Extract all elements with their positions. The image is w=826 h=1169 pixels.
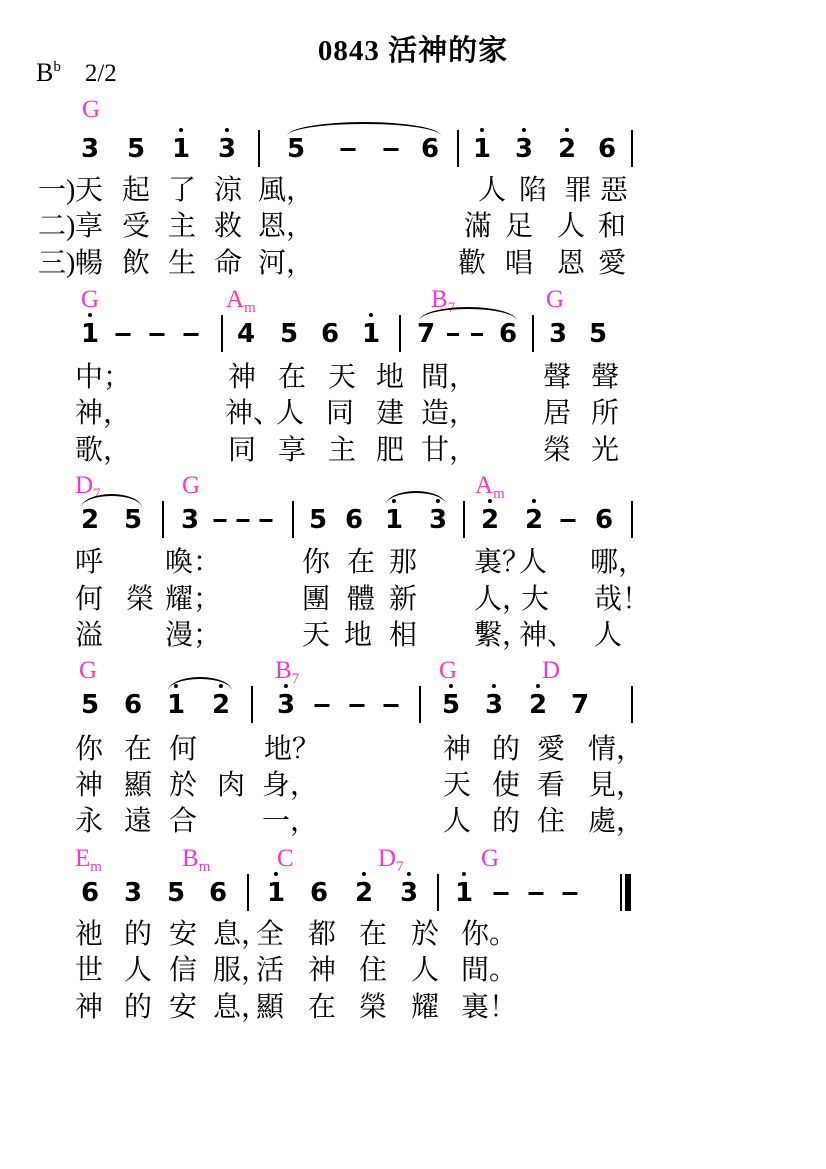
- note: 3: [485, 692, 503, 718]
- lyric-row: 何榮耀；團體新人，大哉！: [0, 586, 826, 618]
- lyric-token: 三): [38, 250, 75, 278]
- note: 2: [558, 136, 576, 162]
- note-digit: 6: [209, 878, 227, 908]
- note: 3: [181, 507, 199, 533]
- lyric-token: 喚：: [165, 549, 221, 577]
- lyric-token: 在: [308, 994, 336, 1022]
- lyric-row: 三)暢飲生命河，歡唱恩愛: [0, 250, 826, 282]
- lyric-token: 恩: [557, 250, 585, 278]
- lyric-token: 在: [347, 549, 375, 577]
- duration-dash: [116, 333, 131, 336]
- lyric-row: 呼喚：你在那裏？人哪，: [0, 549, 826, 581]
- lyric-token: 大: [521, 586, 549, 614]
- lyric-token: 天: [75, 177, 103, 205]
- note: 3: [124, 880, 142, 906]
- final-thick-line: [625, 874, 631, 911]
- lyric-token: 唱: [505, 250, 533, 278]
- note-digit: 6: [321, 319, 339, 349]
- note: 4: [237, 321, 255, 347]
- lyric-token: 風，: [258, 177, 314, 205]
- note-digit: 1: [267, 878, 285, 908]
- lyric-token: 體: [347, 586, 375, 614]
- note-digit: 6: [598, 134, 616, 164]
- lyric-token: 你: [75, 736, 103, 764]
- duration-dash: [563, 892, 578, 895]
- lyric-token: 何: [75, 586, 103, 614]
- chord-label: G: [546, 287, 564, 312]
- note-digit: 5: [81, 690, 99, 720]
- barline: [419, 686, 421, 723]
- lyric-token: 在: [359, 921, 387, 949]
- note: 6: [598, 136, 616, 162]
- note-digit: 6: [595, 505, 613, 535]
- duration-dash: [494, 892, 509, 895]
- lyric-token: 在: [278, 364, 306, 392]
- lyric-token: 同: [326, 400, 354, 428]
- note-digit: 3: [429, 505, 447, 535]
- note: 5: [442, 692, 460, 718]
- note: 3: [429, 507, 447, 533]
- octave-dot: [274, 872, 278, 876]
- note: 3: [515, 136, 533, 162]
- lyric-token: 享: [278, 437, 306, 465]
- key-signature: Bb2/2: [36, 58, 117, 88]
- lyric-token: 所: [591, 400, 619, 428]
- lyric-token: 耀: [411, 994, 439, 1022]
- lyric-row: 二)享受主救恩，滿足人和: [0, 213, 826, 245]
- lyric-token: 河，: [258, 250, 314, 278]
- duration-dash: [384, 704, 399, 707]
- lyric-token: 住: [359, 957, 387, 985]
- lyric-token: 人: [124, 957, 152, 985]
- note-digit: 3: [400, 878, 418, 908]
- note-digit: 1: [81, 319, 99, 349]
- chord-root: B: [182, 845, 199, 872]
- lyric-token: 足: [505, 213, 533, 241]
- lyric-token: 地: [376, 364, 404, 392]
- lyric-token: 惡: [600, 177, 628, 205]
- note: 1: [172, 136, 190, 162]
- lyric-token: 生: [168, 250, 196, 278]
- lyric-token: 享: [75, 213, 103, 241]
- chord-root: E: [75, 845, 90, 872]
- note-digit: 7: [571, 690, 589, 720]
- barline: [221, 315, 223, 352]
- chord-root: D: [75, 472, 93, 499]
- note-digit: 6: [421, 134, 439, 164]
- chord-subscript: m: [493, 486, 505, 502]
- octave-dot: [565, 128, 569, 132]
- lyric-token: 哪，: [590, 549, 646, 577]
- note: 6: [595, 507, 613, 533]
- chord-label: G: [481, 846, 499, 871]
- note: 5: [81, 692, 99, 718]
- barline: [437, 874, 439, 911]
- note-digit: 5: [167, 878, 185, 908]
- note-digit: 2: [355, 878, 373, 908]
- lyric-token: 溢: [75, 622, 103, 650]
- lyric-token: 合: [169, 808, 197, 836]
- note-digit: 1: [167, 690, 185, 720]
- barline: [162, 501, 164, 538]
- barline: [457, 130, 459, 167]
- duration-dash: [315, 704, 330, 707]
- lyric-token: 歌，: [75, 437, 131, 465]
- note: 6: [499, 321, 517, 347]
- duration-dash: [260, 519, 273, 522]
- note: 6: [310, 880, 328, 906]
- chord-label: Am: [475, 473, 505, 502]
- lyric-token: 處，: [588, 808, 644, 836]
- lyric-token: 安: [169, 994, 197, 1022]
- final-barline: [620, 874, 631, 911]
- note: 1: [455, 880, 473, 906]
- lyric-token: 聲: [543, 364, 571, 392]
- note: 5: [280, 321, 298, 347]
- duration-dash: [447, 333, 459, 336]
- octave-dot: [449, 684, 453, 688]
- note-digit: 2: [558, 134, 576, 164]
- lyric-token: 神、: [225, 400, 281, 428]
- note-digit: 1: [385, 505, 403, 535]
- lyric-token: 人: [519, 549, 547, 577]
- lyric-token: 主: [168, 213, 196, 241]
- chord-root: D: [378, 845, 396, 872]
- lyric-token: 裏！: [461, 994, 517, 1022]
- lyric-token: 受: [122, 213, 150, 241]
- note: 6: [124, 692, 142, 718]
- chord-label: C: [277, 846, 294, 871]
- note: 3: [400, 880, 418, 906]
- lyric-token: 顯: [124, 772, 152, 800]
- lyric-token: 聲: [591, 364, 619, 392]
- lyric-token: 和: [598, 213, 626, 241]
- lyric-token: 榮: [126, 586, 154, 614]
- lyric-row: 世人信服，活神住人間。: [0, 957, 826, 989]
- chord-root: G: [81, 286, 99, 313]
- duration-dash: [350, 704, 365, 707]
- note-digit: 4: [237, 319, 255, 349]
- note-digit: 2: [481, 505, 499, 535]
- barline: [251, 686, 253, 723]
- sheet-music-page: 0843 活神的家 Bb2/2 G3513561326一)天起了涼風，人陷罪惡二…: [0, 0, 826, 1169]
- lyric-token: 住: [537, 808, 565, 836]
- note: 5: [127, 136, 145, 162]
- lyric-token: 耀；: [165, 586, 221, 614]
- note-digit: 2: [212, 690, 230, 720]
- lyric-token: 都: [308, 921, 336, 949]
- note-digit: 5: [589, 319, 607, 349]
- page-title: 0843 活神的家: [0, 28, 826, 69]
- key-root: B: [36, 58, 53, 87]
- chord-label: G: [81, 287, 99, 312]
- lyric-token: 同: [228, 437, 256, 465]
- note-digit: 1: [455, 878, 473, 908]
- lyric-token: 的: [124, 994, 152, 1022]
- duration-dash: [341, 148, 356, 151]
- lyric-token: 地: [344, 622, 372, 650]
- note: 1: [267, 880, 285, 906]
- chord-subscript: m: [199, 859, 211, 875]
- lyric-token: 中；: [75, 364, 131, 392]
- barline: [631, 501, 633, 538]
- lyric-token: 榮: [359, 994, 387, 1022]
- note: 2: [481, 507, 499, 533]
- note-digit: 5: [287, 134, 305, 164]
- note-digit: 6: [124, 690, 142, 720]
- note-digit: 5: [280, 319, 298, 349]
- note: 5: [287, 136, 305, 162]
- lyric-token: 祂: [75, 921, 103, 949]
- note: 5: [589, 321, 607, 347]
- lyric-token: 團: [302, 586, 330, 614]
- lyric-token: 的: [492, 808, 520, 836]
- note-digit: 3: [124, 878, 142, 908]
- duration-dash: [237, 519, 250, 522]
- lyric-token: 天: [328, 364, 356, 392]
- chord-root: G: [82, 96, 100, 123]
- note-digit: 5: [124, 505, 142, 535]
- lyric-token: 看: [537, 772, 565, 800]
- lyric-token: 你。: [461, 921, 517, 949]
- lyric-token: 世: [75, 957, 103, 985]
- chord-root: G: [182, 472, 200, 499]
- lyric-token: 主: [328, 437, 356, 465]
- chord-label: D7: [378, 846, 404, 875]
- octave-dot: [488, 499, 492, 503]
- chord-root: G: [79, 657, 97, 684]
- lyric-token: 永: [75, 808, 103, 836]
- lyric-token: 命: [214, 250, 242, 278]
- lyric-row: 神的安息，顯在榮耀裏！: [0, 994, 826, 1026]
- note-digit: 6: [499, 319, 517, 349]
- lyric-row: 神，神、人同建造，居所: [0, 400, 826, 432]
- lyric-token: 身，: [262, 772, 318, 800]
- octave-dot: [480, 128, 484, 132]
- lyric-token: 人: [411, 957, 439, 985]
- duration-dash: [150, 333, 165, 336]
- chord-subscript: 7: [396, 859, 404, 875]
- note-digit: 3: [485, 690, 503, 720]
- octave-dot: [532, 499, 536, 503]
- final-thin-line: [620, 874, 622, 911]
- lyric-row: 你在何地？神的愛情，: [0, 736, 826, 768]
- lyric-row: 一)天起了涼風，人陷罪惡: [0, 177, 826, 209]
- chord-subscript: m: [90, 859, 102, 875]
- octave-dot: [225, 128, 229, 132]
- octave-dot: [362, 872, 366, 876]
- lyric-token: 相: [389, 622, 417, 650]
- lyric-row: 中；神在天地間，聲聲: [0, 364, 826, 396]
- lyric-token: 見，: [588, 772, 644, 800]
- note-digit: 3: [81, 134, 99, 164]
- octave-dot: [522, 128, 526, 132]
- note: 1: [81, 321, 99, 347]
- lyric-token: 天: [443, 772, 471, 800]
- chord-label: Bm: [182, 846, 210, 875]
- note-digit: 3: [218, 134, 236, 164]
- note: 6: [421, 136, 439, 162]
- duration-dash: [184, 333, 199, 336]
- note-digit: 1: [172, 134, 190, 164]
- chord-root: G: [439, 657, 457, 684]
- lyric-token: 愛: [598, 250, 626, 278]
- note-digit: 6: [310, 878, 328, 908]
- chord-subscript: 7: [292, 671, 300, 687]
- lyric-token: 你: [302, 549, 330, 577]
- lyric-token: 暢: [75, 250, 103, 278]
- lyric-token: 哉！: [594, 586, 650, 614]
- note: 6: [321, 321, 339, 347]
- chord-label: G: [182, 473, 200, 498]
- lyric-token: 天: [302, 622, 330, 650]
- octave-dot: [369, 313, 373, 317]
- time-signature: 2/2: [85, 60, 117, 87]
- lyric-token: 於: [411, 921, 439, 949]
- barline: [631, 130, 633, 167]
- lyric-token: 神，: [75, 400, 131, 428]
- lyric-token: 人: [557, 213, 585, 241]
- chord-root: G: [481, 845, 499, 872]
- lyric-token: 人: [594, 622, 622, 650]
- chord-label: G: [82, 97, 100, 122]
- chord-root: A: [475, 472, 493, 499]
- lyric-token: 活: [256, 957, 284, 985]
- lyric-token: 歡: [458, 250, 486, 278]
- lyric-row: 歌，同享主肥甘，榮光: [0, 437, 826, 469]
- note-digit: 3: [515, 134, 533, 164]
- lyric-row: 神顯於肉身，天使看見，: [0, 772, 826, 804]
- duration-dash: [214, 519, 227, 522]
- note: 1: [362, 321, 380, 347]
- duration-dash: [529, 892, 544, 895]
- lyric-token: 顯: [256, 994, 284, 1022]
- octave-dot: [536, 684, 540, 688]
- barline: [247, 874, 249, 911]
- lyric-token: 了: [168, 177, 196, 205]
- lyric-token: 呼: [75, 549, 103, 577]
- lyric-token: 神: [228, 364, 256, 392]
- duration-dash: [561, 519, 576, 522]
- barline: [463, 501, 465, 538]
- note: 3: [277, 692, 295, 718]
- lyric-token: 於: [169, 772, 197, 800]
- lyric-row: 永遠合一，人的住處，: [0, 808, 826, 840]
- lyric-token: 新: [389, 586, 417, 614]
- note: 6: [81, 880, 99, 906]
- lyric-token: 榮: [543, 437, 571, 465]
- duration-dash: [384, 148, 399, 151]
- lyric-token: 陷: [519, 177, 547, 205]
- note-digit: 5: [127, 134, 145, 164]
- lyric-token: 甘，: [421, 437, 477, 465]
- note-digit: 2: [529, 690, 547, 720]
- tie-arc: [287, 122, 441, 136]
- lyric-token: 起: [122, 177, 150, 205]
- lyric-token: 建: [376, 400, 404, 428]
- chord-root: G: [546, 286, 564, 313]
- lyric-token: 人: [443, 808, 471, 836]
- note: 2: [529, 692, 547, 718]
- note-digit: 5: [442, 690, 460, 720]
- lyric-token: 神、: [519, 622, 575, 650]
- note: 1: [385, 507, 403, 533]
- lyric-token: 安: [169, 921, 197, 949]
- chord-label: D: [542, 658, 560, 683]
- note: 3: [549, 321, 567, 347]
- lyric-token: 情，: [588, 736, 644, 764]
- barline: [292, 501, 294, 538]
- note-digit: 5: [309, 505, 327, 535]
- note-digit: 2: [81, 505, 99, 535]
- octave-dot: [179, 128, 183, 132]
- note-digit: 1: [473, 134, 491, 164]
- note: 1: [473, 136, 491, 162]
- lyric-token: 救: [214, 213, 242, 241]
- lyric-token: 人: [276, 400, 304, 428]
- chord-root: B: [275, 657, 292, 684]
- barline: [532, 315, 534, 352]
- note-digit: 3: [277, 690, 295, 720]
- note-digit: 2: [525, 505, 543, 535]
- chord-label: B7: [275, 658, 299, 687]
- octave-dot: [284, 684, 288, 688]
- lyric-token: 一): [38, 177, 75, 205]
- chord-label: G: [79, 658, 97, 683]
- note: 5: [309, 507, 327, 533]
- chord-root: D: [542, 657, 560, 684]
- note-digit: 6: [81, 878, 99, 908]
- lyric-token: 神: [75, 772, 103, 800]
- lyric-token: 神: [443, 736, 471, 764]
- note: 2: [212, 692, 230, 718]
- note-digit: 6: [345, 505, 363, 535]
- lyric-row: 祂的安息，全都在於你。: [0, 921, 826, 953]
- note: 2: [355, 880, 373, 906]
- lyric-token: 造，: [421, 400, 477, 428]
- lyric-token: 肉: [217, 772, 245, 800]
- lyric-token: 人: [478, 177, 506, 205]
- lyric-token: 涼: [214, 177, 242, 205]
- note: 5: [124, 507, 142, 533]
- note-digit: 7: [417, 319, 435, 349]
- note-digit: 3: [181, 505, 199, 535]
- lyric-token: 飲: [122, 250, 150, 278]
- octave-dot: [462, 872, 466, 876]
- note: 3: [81, 136, 99, 162]
- lyric-token: 滿: [464, 213, 492, 241]
- lyric-token: 神: [308, 957, 336, 985]
- lyric-token: 遠: [124, 808, 152, 836]
- lyric-token: 愛: [537, 736, 565, 764]
- lyric-row: 溢漫；天地相繫，神、人: [0, 622, 826, 654]
- lyric-token: 何: [169, 736, 197, 764]
- note: 3: [218, 136, 236, 162]
- note: 7: [417, 321, 435, 347]
- flat-accidental: b: [53, 59, 61, 75]
- lyric-token: 的: [492, 736, 520, 764]
- chord-root: A: [226, 286, 244, 313]
- lyric-token: 光: [591, 437, 619, 465]
- lyric-token: 恩，: [258, 213, 314, 241]
- note: 2: [525, 507, 543, 533]
- tie-arc: [386, 491, 446, 505]
- lyric-token: 地？: [264, 736, 320, 764]
- barline: [399, 315, 401, 352]
- octave-dot: [492, 684, 496, 688]
- lyric-token: 居: [543, 400, 571, 428]
- octave-dot: [407, 872, 411, 876]
